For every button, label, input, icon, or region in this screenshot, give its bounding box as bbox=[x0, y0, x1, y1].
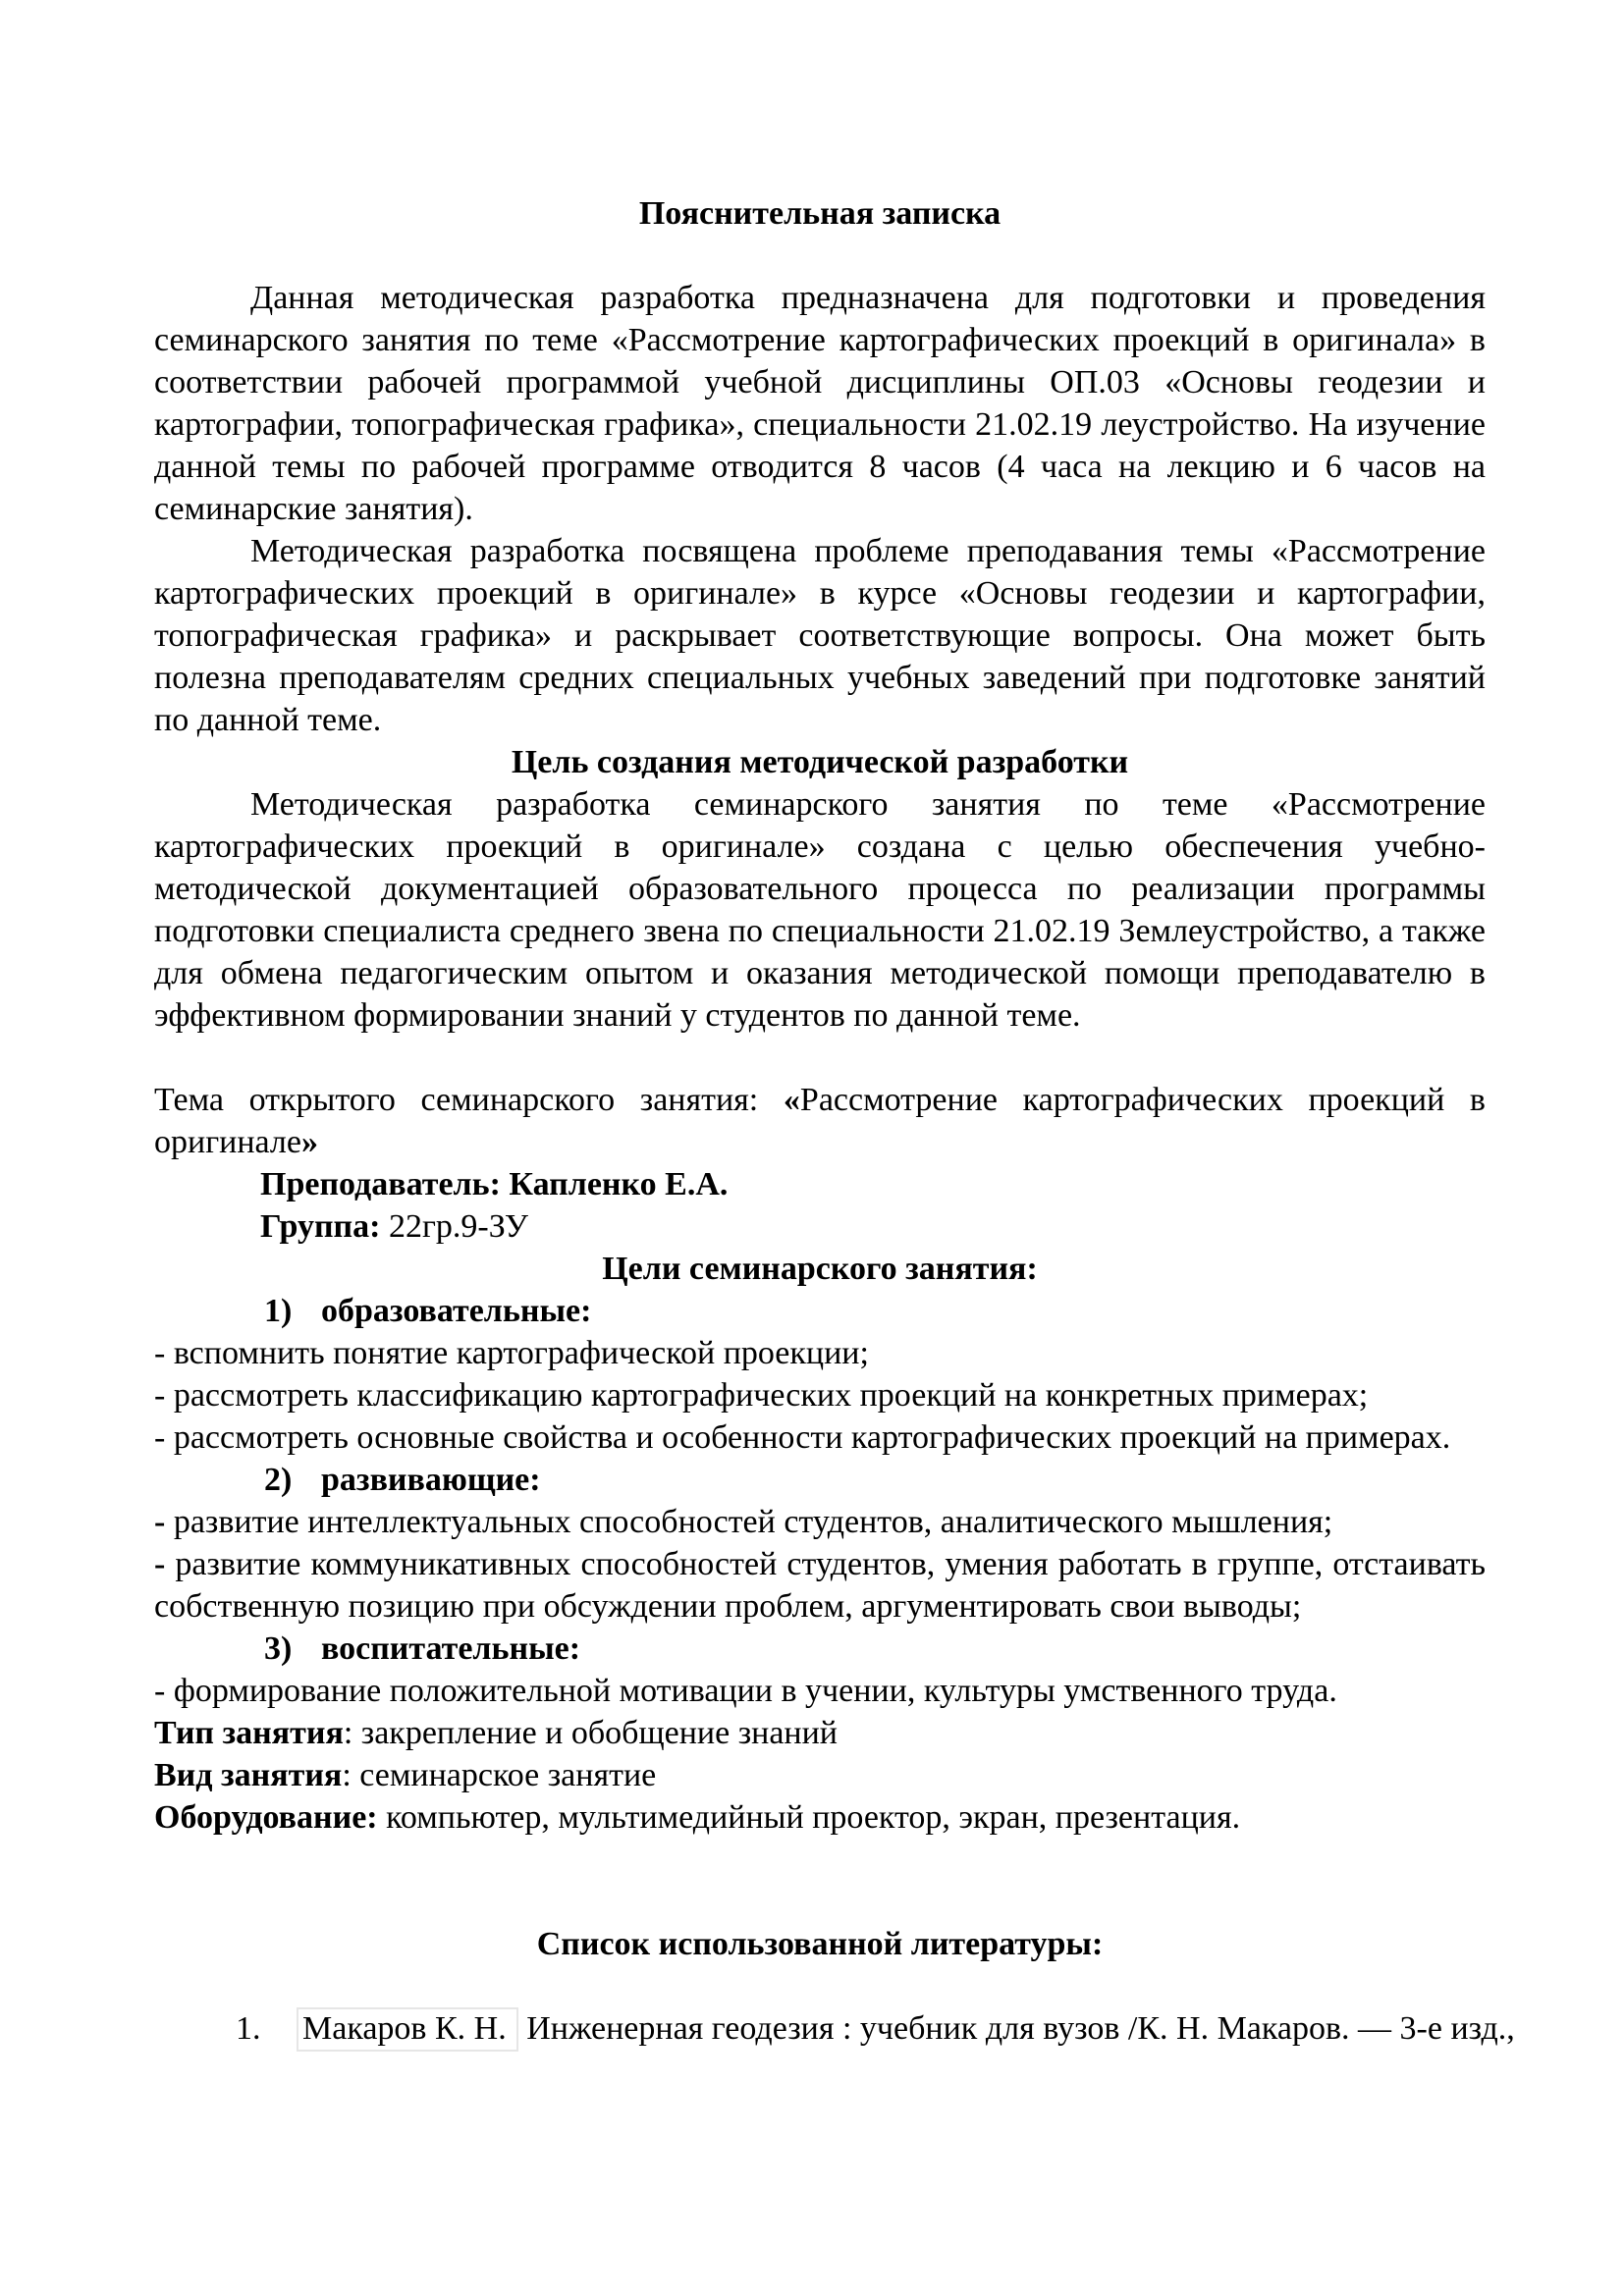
theme-quoted-text: Рассмотрение картографических проекций в bbox=[800, 1082, 1486, 1118]
paragraph-3-line: эффективном формировании знаний у студен… bbox=[154, 994, 1486, 1037]
paragraph-2-line: топографическая графика» и раскрывает со… bbox=[154, 614, 1486, 657]
paragraph-2-line: полезна преподавателям средних специальн… bbox=[154, 657, 1486, 699]
theme-text: Тема открытого семинарского занятия: bbox=[154, 1082, 784, 1118]
objective-1-item: - рассмотреть основные свойства и особен… bbox=[154, 1416, 1486, 1459]
paragraph-3-line: Методическая разработка семинарского зан… bbox=[154, 783, 1486, 826]
equipment-line: Оборудование: компьютер, мультимедийный … bbox=[154, 1796, 1486, 1839]
objective-2-item: - развитие интеллектуальных способностей… bbox=[154, 1501, 1486, 1543]
lesson-kind-label: Вид занятия bbox=[154, 1757, 342, 1793]
paragraph-2-line: Методическая разработка посвящена пробле… bbox=[154, 530, 1486, 572]
equipment-value: компьютер, мультимедийный проектор, экра… bbox=[378, 1799, 1241, 1836]
literature-item: 1.Макаров К. Н. Инженерная геодезия : уч… bbox=[154, 2007, 1486, 2050]
paragraph-2-line: по данной теме. bbox=[154, 699, 1486, 741]
paragraph-1-line: соответствии рабочей программой учебной … bbox=[154, 361, 1486, 403]
section-heading-literature: Список использованной литературы: bbox=[154, 1923, 1486, 1965]
objective-3-heading: 3)воспитательные: bbox=[154, 1628, 1486, 1670]
objective-1-item: - вспомнить понятие картографической про… bbox=[154, 1332, 1486, 1374]
paragraph-1-line: данной темы по рабочей программе отводит… bbox=[154, 446, 1486, 488]
paragraph-1-line: картографии, топографическая графика», с… bbox=[154, 403, 1486, 446]
objective-2-heading: 2)развивающие: bbox=[154, 1459, 1486, 1501]
blank-line bbox=[154, 1839, 1486, 1923]
objective-3-label: воспитательные: bbox=[321, 1630, 580, 1667]
group-value: 22гр.9-ЗУ bbox=[380, 1208, 528, 1245]
document-page: Пояснительная записка Данная методическа… bbox=[0, 0, 1624, 2050]
objective-2-item-text: развитие коммуникативных способностей ст… bbox=[165, 1546, 1486, 1582]
paragraph-3-line: для обмена педагогическим опытом и оказа… bbox=[154, 952, 1486, 994]
objective-1-item: - рассмотреть классификацию картографиче… bbox=[154, 1374, 1486, 1416]
paragraph-1-line: семинарские занятия). bbox=[154, 488, 1486, 530]
section-heading-objectives: Цели семинарского занятия: bbox=[154, 1248, 1486, 1290]
group-line: Группа: 22гр.9-ЗУ bbox=[154, 1205, 1486, 1248]
teacher-line: Преподаватель: Капленко Е.А. bbox=[154, 1163, 1486, 1205]
objective-2-item-text: развитие интеллектуальных способностей с… bbox=[165, 1504, 1332, 1540]
blank-line bbox=[154, 235, 1486, 277]
lesson-type-label: Тип занятия bbox=[154, 1715, 344, 1751]
objective-2-item: - развитие коммуникативных способностей … bbox=[154, 1543, 1486, 1585]
literature-author-field[interactable]: Макаров К. Н. bbox=[297, 2007, 518, 2052]
section-heading-goal: Цель создания методической разработки bbox=[154, 741, 1486, 783]
literature-item-number: 1. bbox=[236, 2007, 297, 2050]
paragraph-2-line: картографических проекций в оригинале» в… bbox=[154, 572, 1486, 614]
equipment-label: Оборудование: bbox=[154, 1799, 378, 1836]
objective-1-number: 1) bbox=[264, 1290, 321, 1332]
objective-1-heading: 1)образовательные: bbox=[154, 1290, 1486, 1332]
paragraph-3-line: подготовки специалиста среднего звена по… bbox=[154, 910, 1486, 952]
theme-line: Тема открытого семинарского занятия: «Ра… bbox=[154, 1079, 1486, 1121]
paragraph-1-line: семинарского занятия по теме «Рассмотрен… bbox=[154, 319, 1486, 361]
lesson-kind-value: : семинарское занятие bbox=[342, 1757, 656, 1793]
objective-1-label: образовательные: bbox=[321, 1293, 591, 1329]
dash-marker: - bbox=[154, 1546, 165, 1582]
blank-line bbox=[154, 1965, 1486, 2007]
objective-3-item: - формирование положительной мотивации в… bbox=[154, 1670, 1486, 1712]
theme-close-quote: » bbox=[301, 1124, 318, 1160]
lesson-kind-line: Вид занятия: семинарское занятие bbox=[154, 1754, 1486, 1796]
objective-2-label: развивающие: bbox=[321, 1462, 541, 1498]
paragraph-1-line: Данная методическая разработка предназна… bbox=[154, 277, 1486, 319]
lesson-type-value: : закрепление и обобщение знаний bbox=[344, 1715, 838, 1751]
blank-line bbox=[154, 1037, 1486, 1079]
objective-3-number: 3) bbox=[264, 1628, 321, 1670]
page-title: Пояснительная записка bbox=[154, 192, 1486, 235]
objective-2-number: 2) bbox=[264, 1459, 321, 1501]
group-label: Группа: bbox=[260, 1208, 380, 1245]
theme-open-quote: « bbox=[784, 1082, 800, 1118]
lesson-type-line: Тип занятия: закрепление и обобщение зна… bbox=[154, 1712, 1486, 1754]
paragraph-3-line: методической документацией образовательн… bbox=[154, 868, 1486, 910]
dash-marker: - bbox=[154, 1504, 165, 1540]
theme-line: оригинале» bbox=[154, 1121, 1486, 1163]
objective-2-item: собственную позицию при обсуждении пробл… bbox=[154, 1585, 1486, 1628]
literature-item-text: Инженерная геодезия : учебник для вузов … bbox=[518, 2010, 1515, 2047]
paragraph-3-line: картографических проекций в оригинале» с… bbox=[154, 826, 1486, 868]
theme-quoted-text: оригинале bbox=[154, 1124, 301, 1160]
